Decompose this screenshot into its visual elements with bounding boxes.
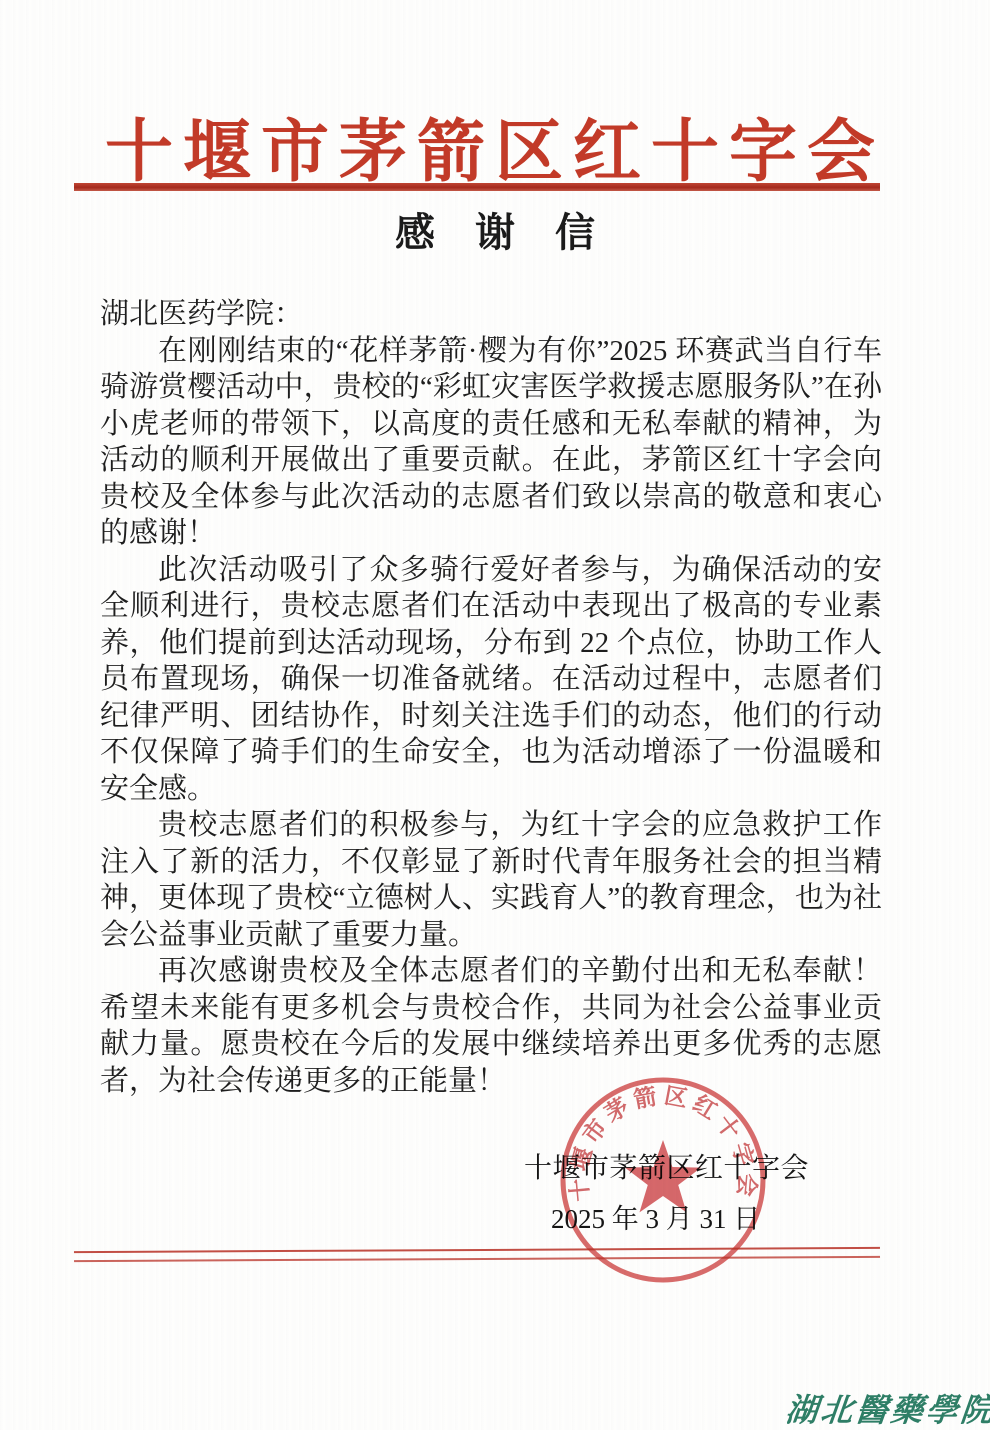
document-title: 感 谢 信 xyxy=(0,201,990,258)
paragraph-1: 在刚刚结束的“花样茅箭·樱为有你”2025 环赛武当自行车骑游赏樱活动中，贵校的… xyxy=(100,333,882,552)
paragraph-3: 贵校志愿者们的积极参与，为红十字会的应急救护工作注入了新的活力，不仅彰显了新时代… xyxy=(100,807,882,953)
letterhead-divider xyxy=(74,183,880,191)
letter-body: 湖北医药学院： 在刚刚结束的“花样茅箭·樱为有你”2025 环赛武当自行车骑游赏… xyxy=(100,296,882,1099)
university-watermark: 湖北醫藥學院 xyxy=(784,1385,990,1430)
paragraph-2: 此次活动吸引了众多骑行爱好者参与，为确保活动的安全顺利进行，贵校志愿者们在活动中… xyxy=(100,552,882,808)
seal-star-icon xyxy=(625,1140,701,1212)
salutation: 湖北医药学院： xyxy=(100,296,882,333)
letterhead-title: 十堰市茅箭区红十字会 xyxy=(0,98,990,195)
scanned-letter-page: 十堰市茅箭区红十字会 感 谢 信 湖北医药学院： 在刚刚结束的“花样茅箭·樱为有… xyxy=(0,0,990,1430)
